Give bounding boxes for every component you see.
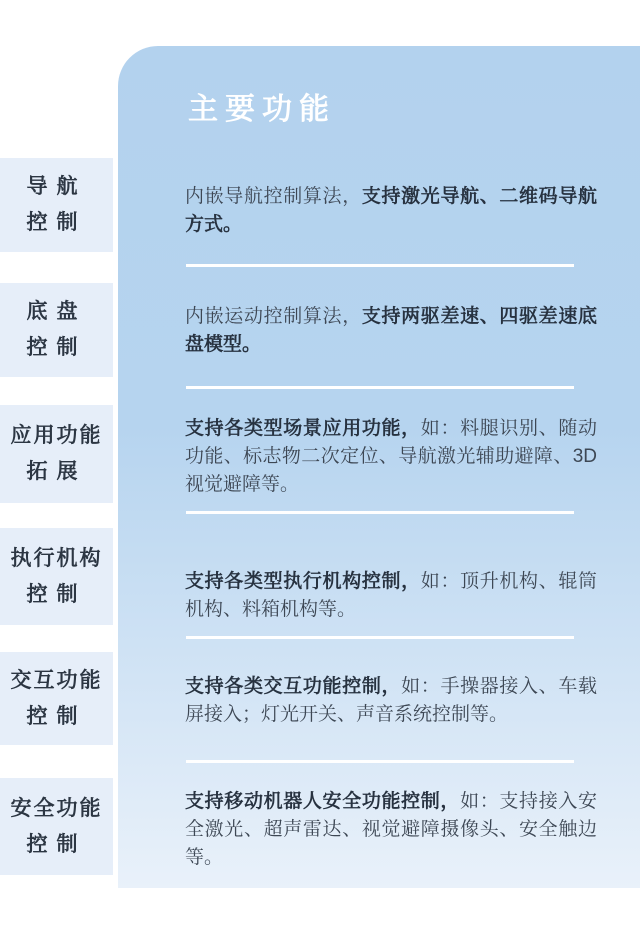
label-line: 控制 [27, 205, 87, 241]
section-text-application-function-expansion: 支持各类型场景应用功能，如：料腿识别、随动功能、标志物二次定位、导航激光辅助避障… [185, 415, 597, 499]
label-line: 交互功能 [11, 663, 103, 699]
label-line: 控制 [27, 827, 87, 863]
label-line: 控制 [27, 577, 87, 613]
section-text-chassis-control: 内嵌运动控制算法，支持两驱差速、四驱差速底盘模型。 [185, 303, 597, 359]
text-segment: 内嵌运动控制算法， [185, 306, 362, 327]
sidebar-label-interaction-function-control: 交互功能 控制 [0, 652, 113, 745]
text-segment: 内嵌导航控制算法， [185, 186, 362, 207]
label-line: 安全功能 [11, 791, 103, 827]
main-card: 主要功能 内嵌导航控制算法，支持激光导航、二维码导航方式。 内嵌运动控制算法，支… [118, 46, 640, 888]
sidebar-label-chassis-control: 底盘 控制 [0, 283, 113, 377]
sidebar-label-navigation-control: 导航 控制 [0, 158, 113, 252]
label-line: 控制 [27, 699, 87, 735]
text-segment: 支持各类交互功能控制， [185, 676, 401, 697]
text-segment: 支持各类型场景应用功能， [185, 418, 421, 439]
feature-page: 主要功能 内嵌导航控制算法，支持激光导航、二维码导航方式。 内嵌运动控制算法，支… [0, 0, 640, 940]
section-divider [186, 511, 574, 514]
section-divider [186, 264, 574, 267]
label-line: 执行机构 [11, 541, 103, 577]
section-text-safety-function-control: 支持移动机器人安全功能控制，如：支持接入安全激光、超声雷达、视觉避障摄像头、安全… [185, 788, 597, 872]
sidebar-label-application-function-expansion: 应用功能 拓展 [0, 405, 113, 503]
page-title: 主要功能 [188, 84, 336, 128]
sidebar-label-actuator-control: 执行机构 控制 [0, 528, 113, 625]
section-text-navigation-control: 内嵌导航控制算法，支持激光导航、二维码导航方式。 [185, 183, 597, 239]
section-text-actuator-control: 支持各类型执行机构控制，如：顶升机构、辊筒机构、料箱机构等。 [185, 568, 597, 624]
label-line: 拓展 [27, 454, 87, 490]
label-line: 控制 [27, 330, 87, 366]
text-segment: 支持移动机器人安全功能控制， [185, 791, 460, 812]
section-divider [186, 636, 574, 639]
label-line: 应用功能 [11, 418, 103, 454]
section-divider [186, 386, 574, 389]
section-text-interaction-function-control: 支持各类交互功能控制，如：手操器接入、车载屏接入；灯光开关、声音系统控制等。 [185, 673, 597, 729]
section-divider [186, 760, 574, 763]
label-line: 底盘 [27, 294, 87, 330]
label-line: 导航 [27, 169, 87, 205]
sidebar-label-safety-function-control: 安全功能 控制 [0, 778, 113, 875]
text-segment: 支持各类型执行机构控制， [185, 571, 421, 592]
